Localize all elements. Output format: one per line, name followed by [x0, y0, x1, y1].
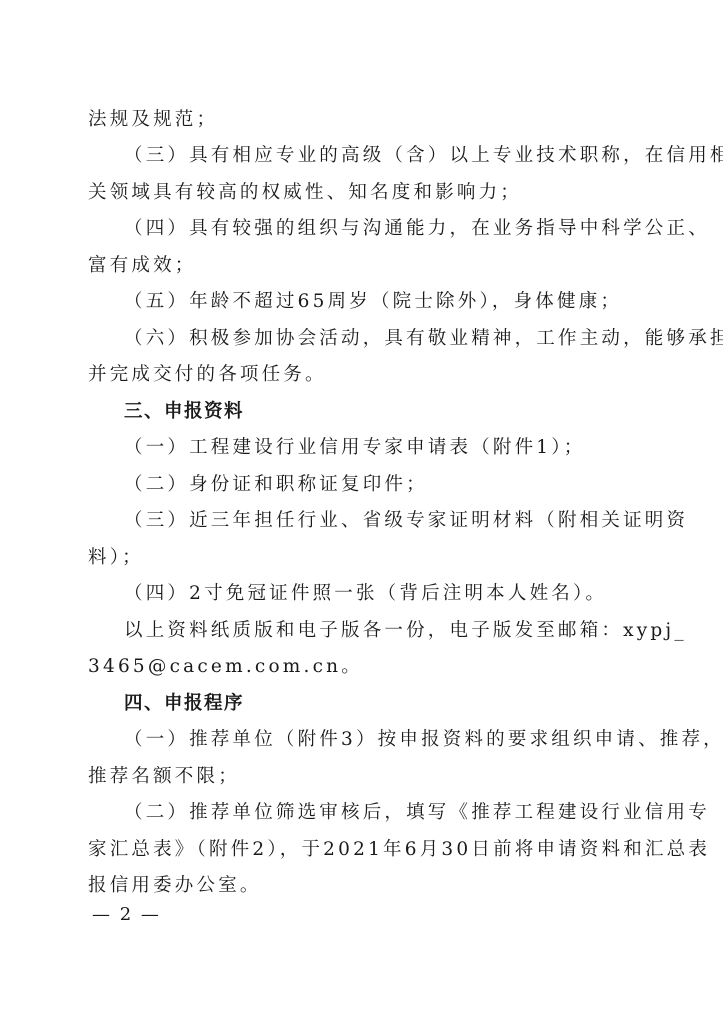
- text-line: （四）2寸免冠证件照一张（背后注明本人姓名）。: [124, 582, 636, 606]
- text-line: 法规及规范；: [88, 108, 636, 132]
- document-page: 法规及规范； （三）具有相应专业的高级（含）以上专业技术职称，在信用相 关领域具…: [0, 0, 723, 1024]
- text-line: 富有成效；: [88, 254, 636, 278]
- section-heading: 四、申报程序: [124, 692, 636, 716]
- page-number: — 2 —: [92, 904, 161, 925]
- text-line: 家汇总表》（附件2），于2021年6月30日前将申请资料和汇总表: [88, 838, 636, 862]
- text-line: （二）推荐单位筛选审核后，填写《推荐工程建设行业信用专: [124, 801, 636, 825]
- text-line: 料）；: [88, 546, 636, 570]
- email-line: 3465@cacem.com.cn。: [88, 655, 636, 679]
- text-line: （二）身份证和职称证复印件；: [124, 473, 636, 497]
- text-line: （一）推荐单位（附件3）按申报资料的要求组织申请、推荐，: [124, 728, 636, 752]
- text-line: （一）工程建设行业信用专家申请表（附件1）；: [124, 436, 636, 460]
- text-line: （三）近三年担任行业、省级专家证明材料（附相关证明资: [124, 509, 636, 533]
- text-line: （三）具有相应专业的高级（含）以上专业技术职称，在信用相: [124, 144, 636, 168]
- section-heading: 三、申报资料: [124, 400, 636, 424]
- text-line: 报信用委办公室。: [88, 874, 636, 898]
- text-line: 以上资料纸质版和电子版各一份，电子版发至邮箱：xypj_: [124, 619, 636, 643]
- text-line: （四）具有较强的组织与沟通能力，在业务指导中科学公正、: [124, 217, 636, 241]
- text-line: 并完成交付的各项任务。: [88, 363, 636, 387]
- text-line: 推荐名额不限；: [88, 765, 636, 789]
- text-line: 关领域具有较高的权威性、知名度和影响力；: [88, 181, 636, 205]
- text-line: （五）年龄不超过65周岁（院士除外），身体健康；: [124, 290, 636, 314]
- text-line: （六）积极参加协会活动，具有敬业精神，工作主动，能够承担: [124, 327, 636, 351]
